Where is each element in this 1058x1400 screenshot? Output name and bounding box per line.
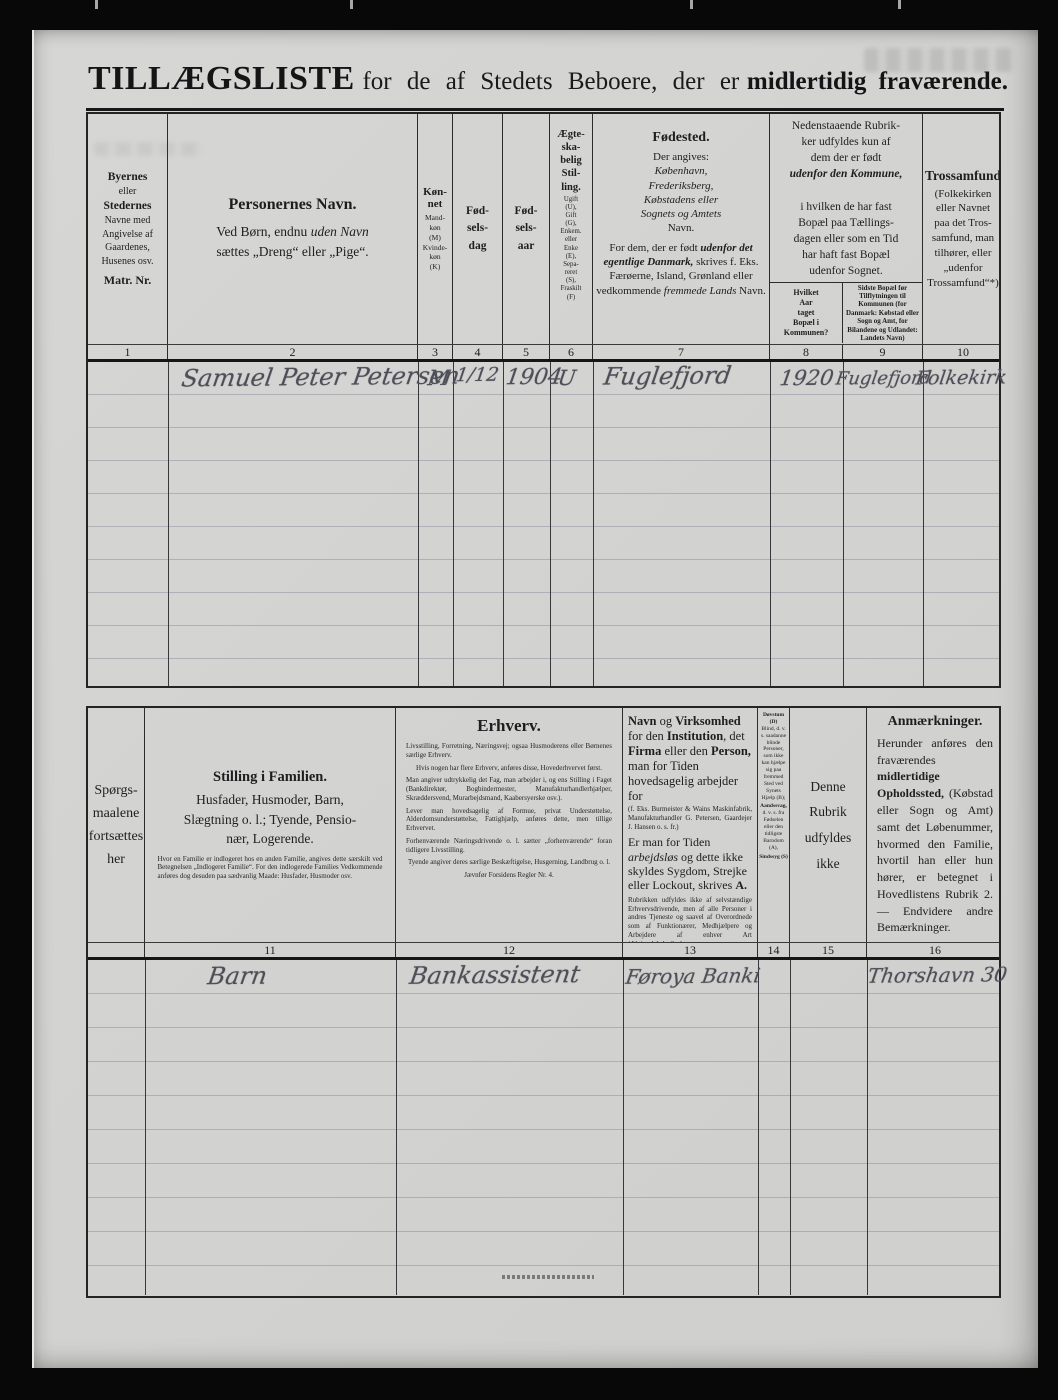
colnum-1: 1	[88, 345, 168, 359]
handwriting-remarks: Thorshavn 30	[866, 962, 1009, 987]
header-marital-title: Ægte- ska- belig Stil- ling.	[557, 128, 584, 194]
header-religion: Trossamfund (Folkekirken eller Navnet pa…	[923, 114, 1003, 344]
employer-s4: for den	[628, 729, 667, 743]
family-position-title: Stilling i Familien.	[213, 769, 327, 786]
employer-p2-bold: A.	[735, 878, 747, 892]
family-position-fine: Hvor en Familie er indlogeret hos en and…	[158, 855, 383, 881]
handwriting-name: Samuel Peter Petersen	[180, 362, 462, 393]
remarks-b: (Købstad eller Sogn og Amt) samt det Løb…	[877, 786, 993, 934]
t1-column-numbers: 1 2 3 4 5 6 7 8 9 10	[88, 344, 999, 362]
header-remarks: Anmærkninger. Herunder anføres den fravæ…	[867, 708, 1003, 942]
header-disabilities: Døvstum (D) Blind, d. v. s. saadanne bli…	[758, 708, 790, 942]
birthplace-p2-italic2: fremmede Lands	[664, 285, 737, 297]
occupation-p6: Tyende angiver deres særlige Beskæftigel…	[408, 858, 610, 867]
colnum-14: 14	[758, 943, 790, 957]
handwriting-occupation: Bankassistent	[408, 960, 582, 990]
disab-r1: Blind, d. v. s. saadanne blinde Personer…	[759, 726, 788, 802]
name-sub-a: Ved Børn, endnu	[216, 224, 311, 239]
colnum-10: 10	[923, 345, 1003, 359]
header-religion-title: Trossamfund	[925, 168, 1001, 184]
birthplace-p2c: Navn.	[736, 285, 765, 297]
header-not-filled: Denne Rubrik udfyldes ikke	[790, 708, 867, 942]
employer-p2-italic: arbejdsløs	[628, 850, 678, 864]
birthplace-p1b: Navn.	[668, 222, 695, 234]
birthplace-p1-italic: København, Frederiksberg, Købstadens ell…	[641, 164, 721, 221]
header-employer: Navn og Virksomhed for den Institution, …	[623, 708, 758, 942]
header-birthplace: Fødested. Der angives: København, Freder…	[593, 114, 770, 344]
title-main: TILLÆGSLISTE	[88, 60, 355, 98]
handwriting-year-settled: 1920	[778, 366, 835, 391]
header-place-eller: eller	[119, 185, 137, 199]
header-birthyear-title: Fød- sels- aar	[515, 203, 538, 255]
film-scratch	[95, 0, 98, 9]
title-middle: for de af Stedets Beboere, der er	[362, 68, 739, 96]
t2-body: Barn Bankassistent Føroya Banki Thorshav…	[88, 960, 999, 1295]
header-birthplace-p2: For dem, der er født udenfor det egentli…	[596, 241, 766, 298]
header-matrnr: Matr. Nr.	[104, 272, 151, 288]
title-rule	[86, 108, 1004, 111]
header-family-position: Stilling i Familien. Husfader, Husmoder,…	[145, 708, 396, 942]
header-birthplace-p1: Der angives: København, Frederiksberg, K…	[641, 150, 721, 236]
header-sex: Køn- net Mand- køn (M) Kvinde- køn (K)	[418, 114, 453, 344]
header-marital: Ægte- ska- belig Stil- ling. Ugift (U), …	[550, 114, 593, 344]
birthplace-p1a: Der angives:	[653, 151, 709, 163]
employer-s1: Navn	[628, 714, 656, 728]
header-birthplace-title: Fødested.	[652, 130, 709, 146]
disab-b1: Døvstum (D)	[759, 712, 788, 726]
employer-s9: Person,	[711, 744, 751, 758]
moved-shared-a: Nedenstaaende Rubrik- ker udfyldes kun a…	[773, 118, 919, 166]
colnum-11: 11	[145, 943, 396, 957]
employer-paren: (f. Eks. Burmeister & Wains Maskinfabrik…	[628, 805, 752, 831]
scanned-census-page: { "title": {"main": "TILLÆGSLISTE", "mid…	[0, 0, 1058, 1400]
column-rule	[770, 362, 771, 686]
handwriting-marital: U	[556, 366, 577, 390]
header-birthyear: Fød- sels- aar	[503, 114, 550, 344]
birthplace-p2a: For dem, der er født	[609, 242, 700, 254]
header-birthday-title: Fød- sels- dag	[466, 203, 489, 255]
t2-header: Spørgs- maalene fortsættes her Stilling …	[88, 708, 999, 942]
moved-shared-text: Nedenstaaende Rubrik- ker udfyldes kun a…	[770, 115, 922, 283]
colnum-7: 7	[593, 345, 770, 359]
header-year-settled: Hvilket Aar taget Bopæl i Kommunen?	[770, 283, 843, 343]
colnum-3: 3	[418, 345, 453, 359]
occupation-title: Erhverv.	[477, 716, 541, 736]
film-scratch	[898, 0, 901, 9]
colnum-12: 12	[396, 943, 623, 957]
column-rule	[843, 362, 844, 686]
printer-mark	[502, 1275, 594, 1279]
column-rule	[923, 362, 924, 686]
handwriting-sex: M	[426, 366, 451, 390]
header-sex-title: Køn- net	[423, 186, 447, 210]
header-birthday: Fød- sels- dag	[453, 114, 503, 344]
colnum-6: 6	[550, 345, 593, 359]
colnum-4: 4	[453, 345, 503, 359]
moved-shared-italic: udenfor den Kommune,	[773, 166, 919, 182]
t1-header: Byernes eller Stedernes Navne med Angive…	[88, 114, 999, 344]
occupation-p7: Jævnfør Forsidens Regler Nr. 4.	[464, 871, 553, 880]
header-name-sub: Ved Børn, endnu uden Navn sættes „Dreng“…	[216, 222, 369, 263]
disab-r2: d. v. s. fra Fødselen eller den tidligst…	[759, 810, 788, 851]
employer-s5: Institution	[667, 729, 723, 743]
colnum-15: 15	[790, 943, 867, 957]
colnum-8: 8	[770, 345, 843, 359]
t1-body: Samuel Peter Petersen M 1/12 1904 U Fugl…	[88, 362, 999, 686]
header-last-residence: Sidste Bopæl før Tilflytningen til Kommu…	[843, 283, 922, 343]
colnum-9: 9	[843, 345, 923, 359]
occupation-p2: Hvis nogen har flere Erhverv, anføres di…	[416, 764, 602, 773]
name-sub-b: sættes „Dreng“ eller „Pige“.	[216, 244, 368, 259]
header-religion-sub: (Folkekirken eller Navnet paa det Tros- …	[927, 187, 999, 291]
colnum-13: 13	[623, 943, 758, 957]
column-rule	[867, 960, 868, 1295]
handwriting-family-position: Barn	[206, 962, 269, 991]
occupation-p3: Man angiver udtrykkelig det Fag, man arb…	[406, 776, 612, 802]
employer-s8: eller den	[661, 744, 711, 758]
employer-p2a: Er man for Tiden	[628, 835, 710, 849]
column-rule	[790, 960, 791, 1295]
moved-shared-b: i hvilken de har fast Bopæl paa Tællings…	[773, 182, 919, 279]
film-scratch	[350, 0, 353, 9]
handwriting-religion: Folkekirk	[914, 367, 1008, 390]
questions-continued-table: Spørgs- maalene fortsættes her Stilling …	[86, 706, 1001, 1298]
header-place-title: Byernes	[108, 170, 148, 186]
header-name-title: Personernes Navn.	[229, 196, 357, 214]
remarks-body: Herunder anføres den fraværendes midlert…	[877, 735, 993, 937]
title-emphasis: midlertidig fraværende.	[747, 68, 1008, 96]
disab-b3: Sindssyg (S)	[759, 854, 788, 861]
header-sex-sub: Mand- køn (M) Kvinde- køn (K)	[423, 213, 448, 272]
column-rule	[758, 960, 759, 1295]
header-place-title2: Stedernes	[104, 199, 152, 215]
name-sub-italic: uden Navn	[311, 224, 369, 239]
employer-s3: Virksomhed	[675, 714, 741, 728]
header-place: Byernes eller Stedernes Navne med Angive…	[88, 114, 168, 344]
column-rule	[503, 362, 504, 686]
employer-s6: , det	[723, 729, 745, 743]
employer-fine: Rubrikken udfyldes ikke af selvstændige …	[628, 896, 752, 942]
t2-column-numbers: 11 12 13 14 15 16	[88, 942, 999, 960]
occupation-p1: Livsstilling, Forretning, Næringsvej; og…	[406, 742, 612, 760]
employer-s10: man for Tiden hovedsagelig arbejder for	[628, 759, 738, 803]
header-place-sub: Navne med Angivelse af Gaardenes, Husene…	[101, 214, 153, 268]
colnum-5: 5	[503, 345, 550, 359]
moved-subcells: Hvilket Aar taget Bopæl i Kommunen? Sids…	[770, 283, 922, 343]
occupation-p5: Forhenværende Næringsdrivende o. l. sætt…	[406, 837, 612, 855]
side-note: Spørgs- maalene fortsættes her	[88, 708, 145, 942]
column-rule	[145, 960, 146, 1295]
column-rule	[168, 362, 169, 686]
column-rule	[593, 362, 594, 686]
remarks-bold: midlertidige Opholdssted,	[877, 769, 944, 800]
handwriting-birthplace: Fuglefjord	[602, 361, 733, 390]
family-position-sub: Husfader, Husmoder, Barn, Slægtning o. l…	[184, 790, 356, 849]
column-rule	[550, 362, 551, 686]
employer-p2: Er man for Tiden arbejdsløs og dette ikk…	[628, 835, 752, 893]
colnum-side	[88, 943, 145, 957]
handwriting-birthyear: 1904	[504, 365, 564, 391]
occupation-p4: Lever man hovedsagelig af Formue, privat…	[406, 807, 612, 833]
remarks-a: Herunder anføres den fraværendes	[877, 736, 993, 767]
colnum-16: 16	[867, 943, 1003, 957]
column-rule	[418, 362, 419, 686]
column-rule	[623, 960, 624, 1295]
document-title: TILLÆGSLISTE for de af Stedets Beboere, …	[88, 60, 1008, 98]
header-occupation: Erhverv. Livsstilling, Forretning, Nærin…	[396, 708, 623, 942]
column-rule	[453, 362, 454, 686]
absentees-table: Byernes eller Stedernes Navne med Angive…	[86, 112, 1001, 688]
employer-lead: Navn og Virksomhed for den Institution, …	[628, 714, 752, 804]
handwriting-birthday: 1/12	[454, 364, 500, 386]
employer-s2: og	[656, 714, 675, 728]
paper-sheet: TILLÆGSLISTE for de af Stedets Beboere, …	[32, 30, 1038, 1368]
header-marital-sub: Ugift (U), Gift (G), Enkem. eller Enke (…	[561, 196, 582, 302]
remarks-title: Anmærkninger.	[888, 714, 983, 730]
employer-s7: Firma	[628, 744, 661, 758]
colnum-2: 2	[168, 345, 418, 359]
header-moved-group: Nedenstaaende Rubrik- ker udfyldes kun a…	[770, 114, 923, 344]
film-scratch	[690, 0, 693, 9]
handwriting-employer: Føroya Banki	[624, 963, 762, 988]
header-name: Personernes Navn. Ved Børn, endnu uden N…	[168, 114, 418, 344]
column-rule	[396, 960, 397, 1295]
